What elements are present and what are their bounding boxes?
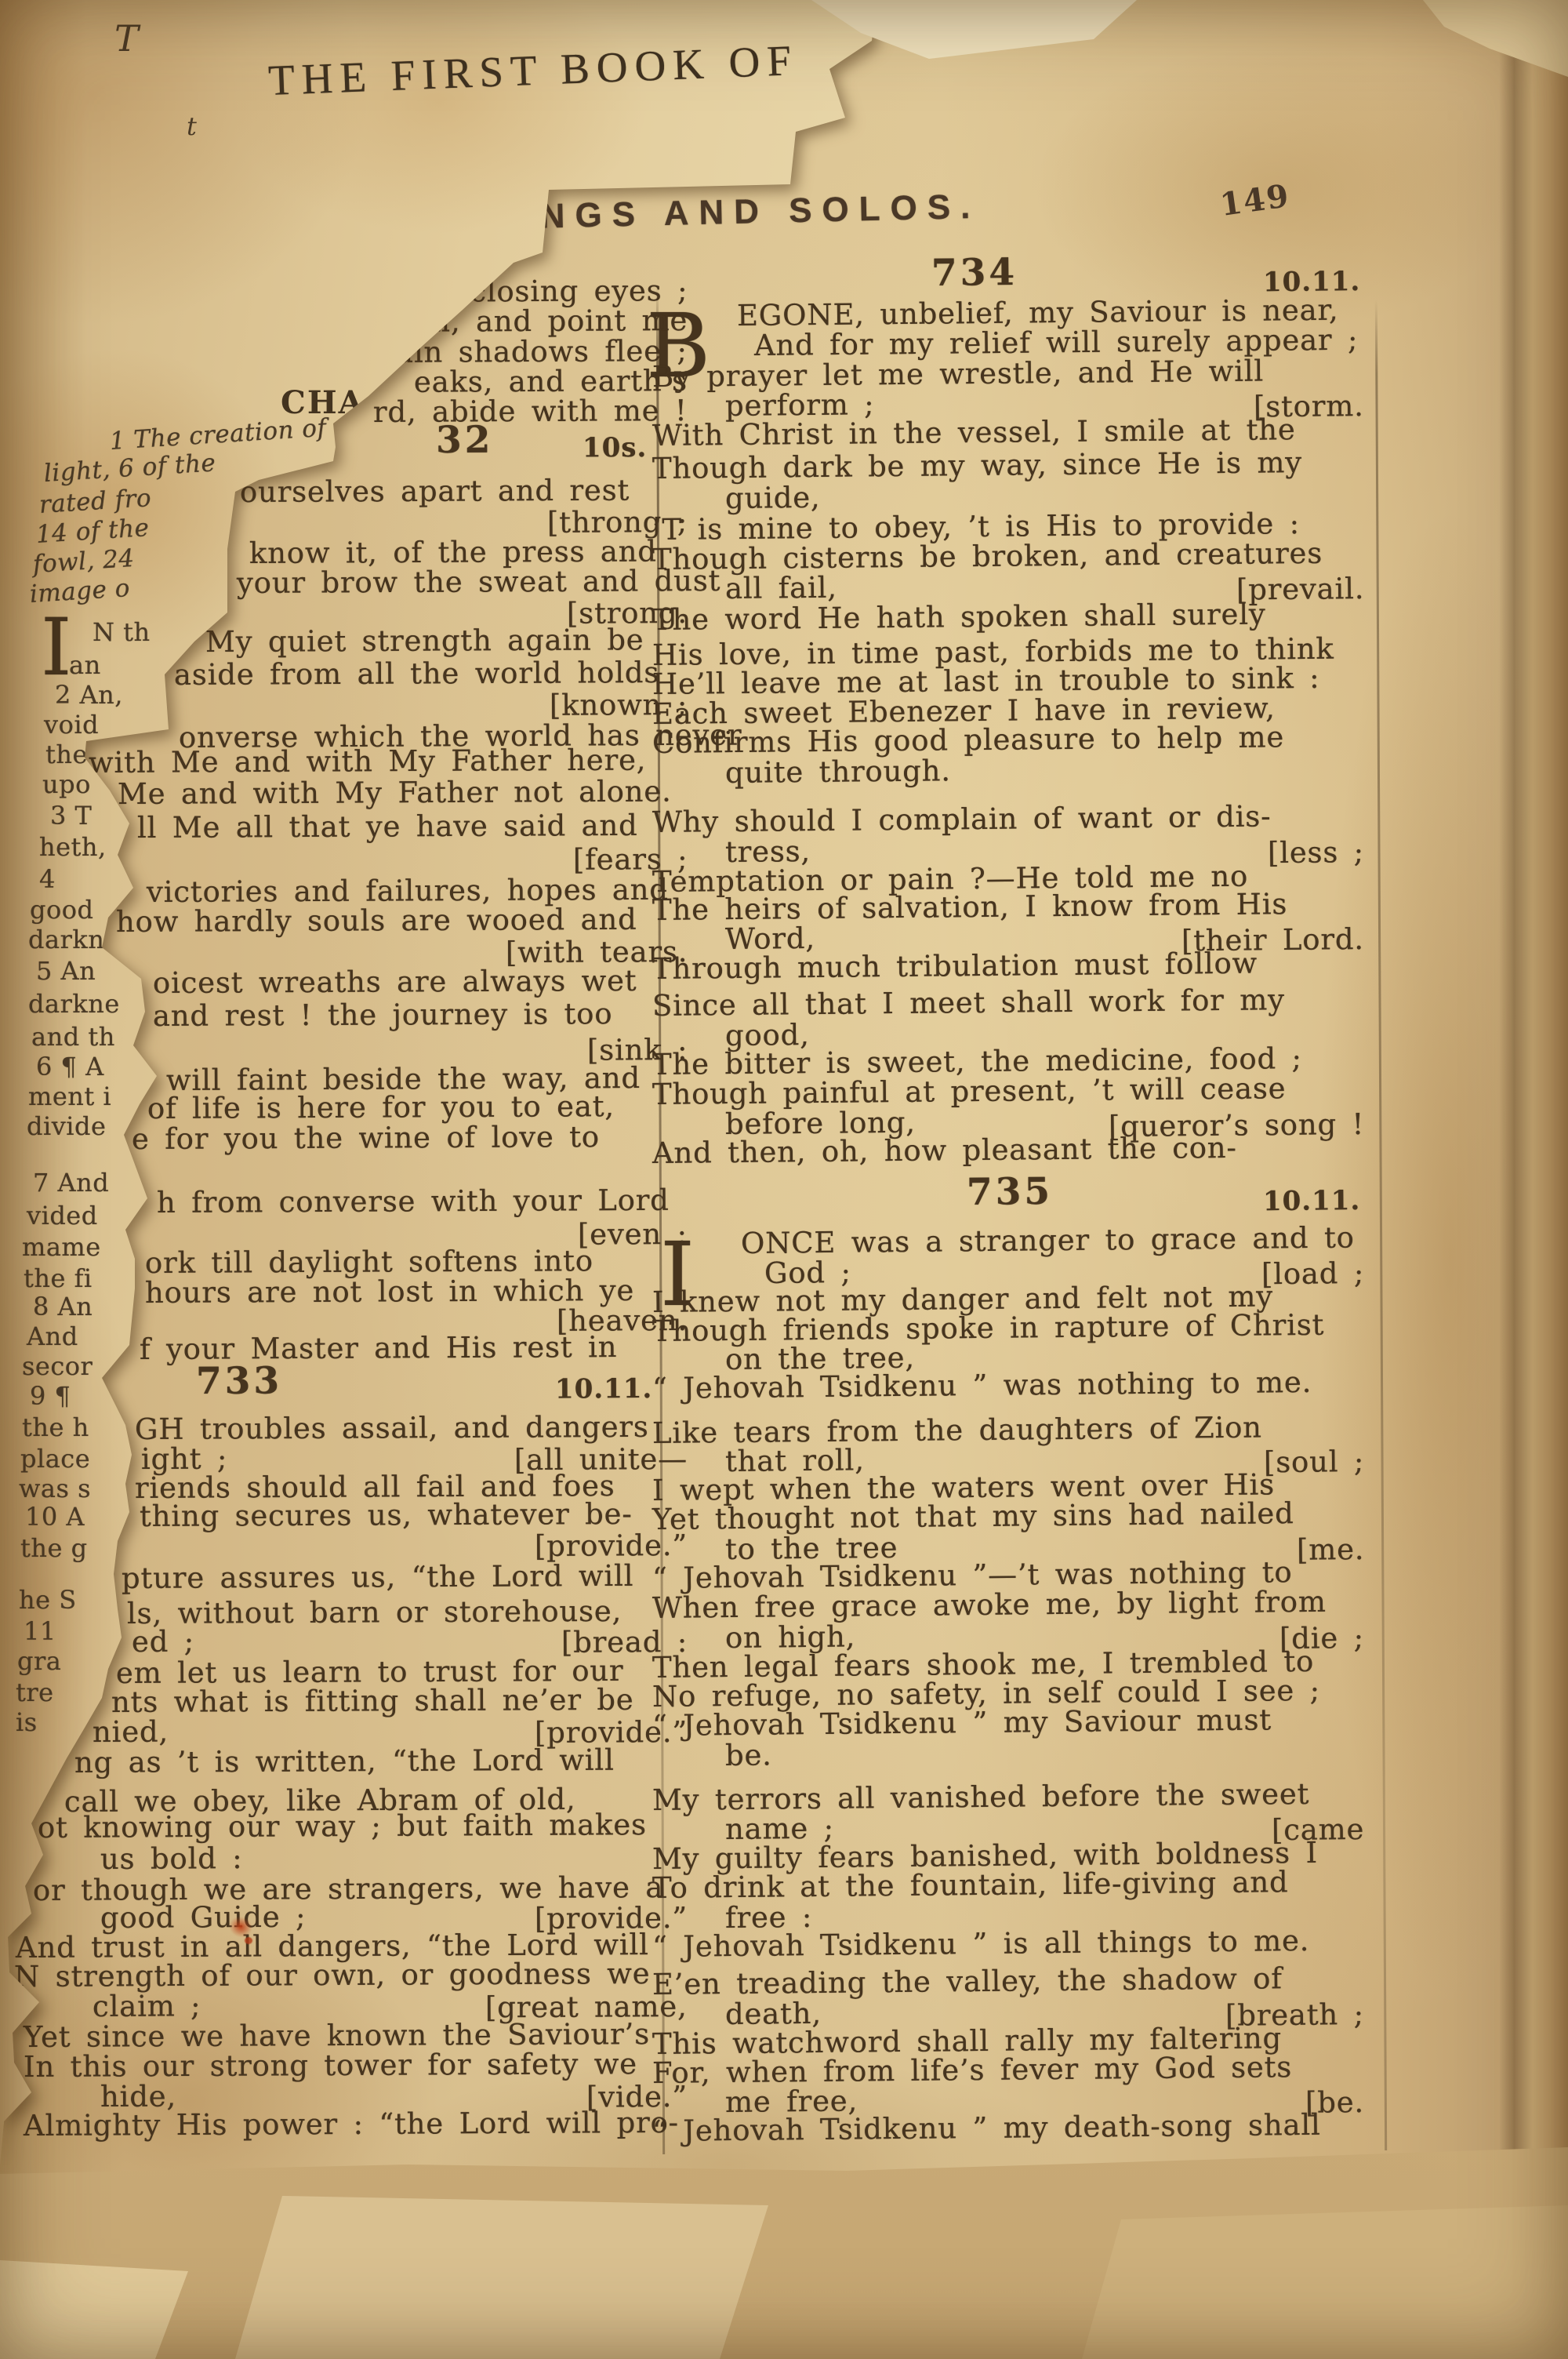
hymn-meter-733: 10.11. <box>555 1374 653 1406</box>
hymn-line: [soul ; <box>1264 1447 1365 1479</box>
hymn-line: “ Jehovah Tsidkenu ” my Saviour must <box>652 1705 1272 1743</box>
red-ink-speck <box>245 1937 252 1944</box>
hymn-line: Through much tribulation must follow <box>652 949 1258 986</box>
hymn-line: ourselves apart and rest <box>240 476 630 509</box>
hymn-line: And then, oh, how pleasant the con- <box>652 1133 1237 1170</box>
hymn-line: [even : <box>578 1219 688 1252</box>
hymn-line: ONCE was a stranger to grace and to <box>741 1223 1355 1260</box>
hymn-line: [load ; <box>1261 1259 1365 1291</box>
hymn-line: ed ; <box>132 1627 194 1659</box>
hymn-line: be. <box>725 1740 772 1772</box>
hymn-meter-735: 10.11. <box>1263 1186 1361 1218</box>
hymn-line: claim ; <box>93 1991 201 2023</box>
hymn-line: “ Jehovah Tsidkenu ” my death-song shall <box>652 2110 1321 2148</box>
scanned-book-page: RED SONGS AND SOLOS. 149 I 32 10s. 733 1… <box>0 0 1568 2359</box>
hymn-line: Since all that I meet shall work for my <box>652 985 1285 1023</box>
hymn-line: Almighty His power : “the Lord will pro- <box>24 2108 679 2143</box>
hymn-line: GH troubles assail, and dangers <box>135 1412 649 1446</box>
right-margin-rule <box>1375 300 1387 2150</box>
hymn-line: e for you the wine of love to <box>132 1122 600 1156</box>
hymn-line: The word He hath spoken shall surely <box>652 599 1266 637</box>
paper-stain <box>1317 510 1568 2000</box>
hymn-line: f your Master and His rest in <box>140 1332 618 1366</box>
stray-type-mark: I <box>702 133 713 163</box>
hymn-line: thing secures us, whatever be- <box>140 1499 633 1533</box>
hymn-line: Though painful at present, ’t will cease <box>652 1074 1287 1111</box>
hymn-line: nts what is fitting shall ne’er be <box>111 1685 634 1719</box>
hymn-line: how hardly souls are wooed and <box>116 905 637 939</box>
hymn-line: “ Jehovah Tsidkenu ” is all things to me… <box>652 1926 1310 1964</box>
hymn-line: ls, without barn or storehouse, <box>127 1597 622 1630</box>
hymn-line: and rest ! the journey is too <box>153 999 613 1033</box>
hymn-line: To drink at the fountain, life-giving an… <box>652 1867 1289 1905</box>
hymn-line: ll Me all that ye have said and <box>137 811 638 845</box>
hymn-line: Why should I complain of want or dis- <box>652 801 1272 839</box>
hymn-line: rd, abide with me ! <box>373 396 688 429</box>
hymn-line: When free grace awoke me, by light from <box>652 1587 1327 1625</box>
hymn-meter-732: 10s. <box>583 433 647 464</box>
hymn-line: ot knowing our way ; but faith makes <box>38 1810 647 1845</box>
hymn-line: Though dark be my way, since He is my <box>652 448 1302 485</box>
hymn-line: [less ; <box>1268 838 1364 870</box>
hymn-line: Confirms His good pleasure to help me <box>652 722 1284 760</box>
hymn-line: “ Jehovah Tsidkenu ” was nothing to me. <box>652 1368 1312 1405</box>
hymn-line: guide, <box>725 483 821 515</box>
hymn-line: In this our strong tower for safety we <box>24 2049 637 2084</box>
hymn-number-734: 734 <box>931 258 1018 290</box>
page-title: RED SONGS AND SOLOS. <box>347 187 981 241</box>
paper-stain <box>0 0 314 298</box>
hymn-line: Me and with My Father not alone. <box>118 777 672 811</box>
hymn-line: quite through. <box>725 756 951 790</box>
hymn-line: ng as ’t is written, “the Lord will <box>74 1746 615 1779</box>
hymn-line: nied, <box>93 1717 169 1749</box>
hymn-line: all fail, <box>725 573 837 605</box>
hymn-line: E’en treading the valley, the shadow of <box>652 1964 1283 2001</box>
hymn-line: oicest wreaths are always wet <box>153 966 637 1000</box>
hymn-line: h from converse with your Lord <box>157 1186 670 1219</box>
page-number: 149 <box>1218 177 1292 224</box>
hymn-line: N strength of our own, or goodness we <box>14 1959 651 1994</box>
hymn-line: aside from all the world holds <box>174 658 659 692</box>
hymn-number-733: 733 <box>196 1366 282 1398</box>
hymn-line: your brow the sweat and dust <box>237 566 720 600</box>
hymn-line: Yet thought not that my sins had nailed <box>652 1499 1294 1536</box>
hymn-line: [me. <box>1296 1535 1364 1567</box>
hymn-line: us bold : <box>100 1844 243 1876</box>
hymn-line: pture assures us, “the Lord will <box>122 1561 633 1595</box>
hymn-number-735: 735 <box>967 1177 1053 1209</box>
hymn-number-732: 32 <box>436 426 494 457</box>
hymn-line: My quiet strength again be <box>205 625 644 659</box>
